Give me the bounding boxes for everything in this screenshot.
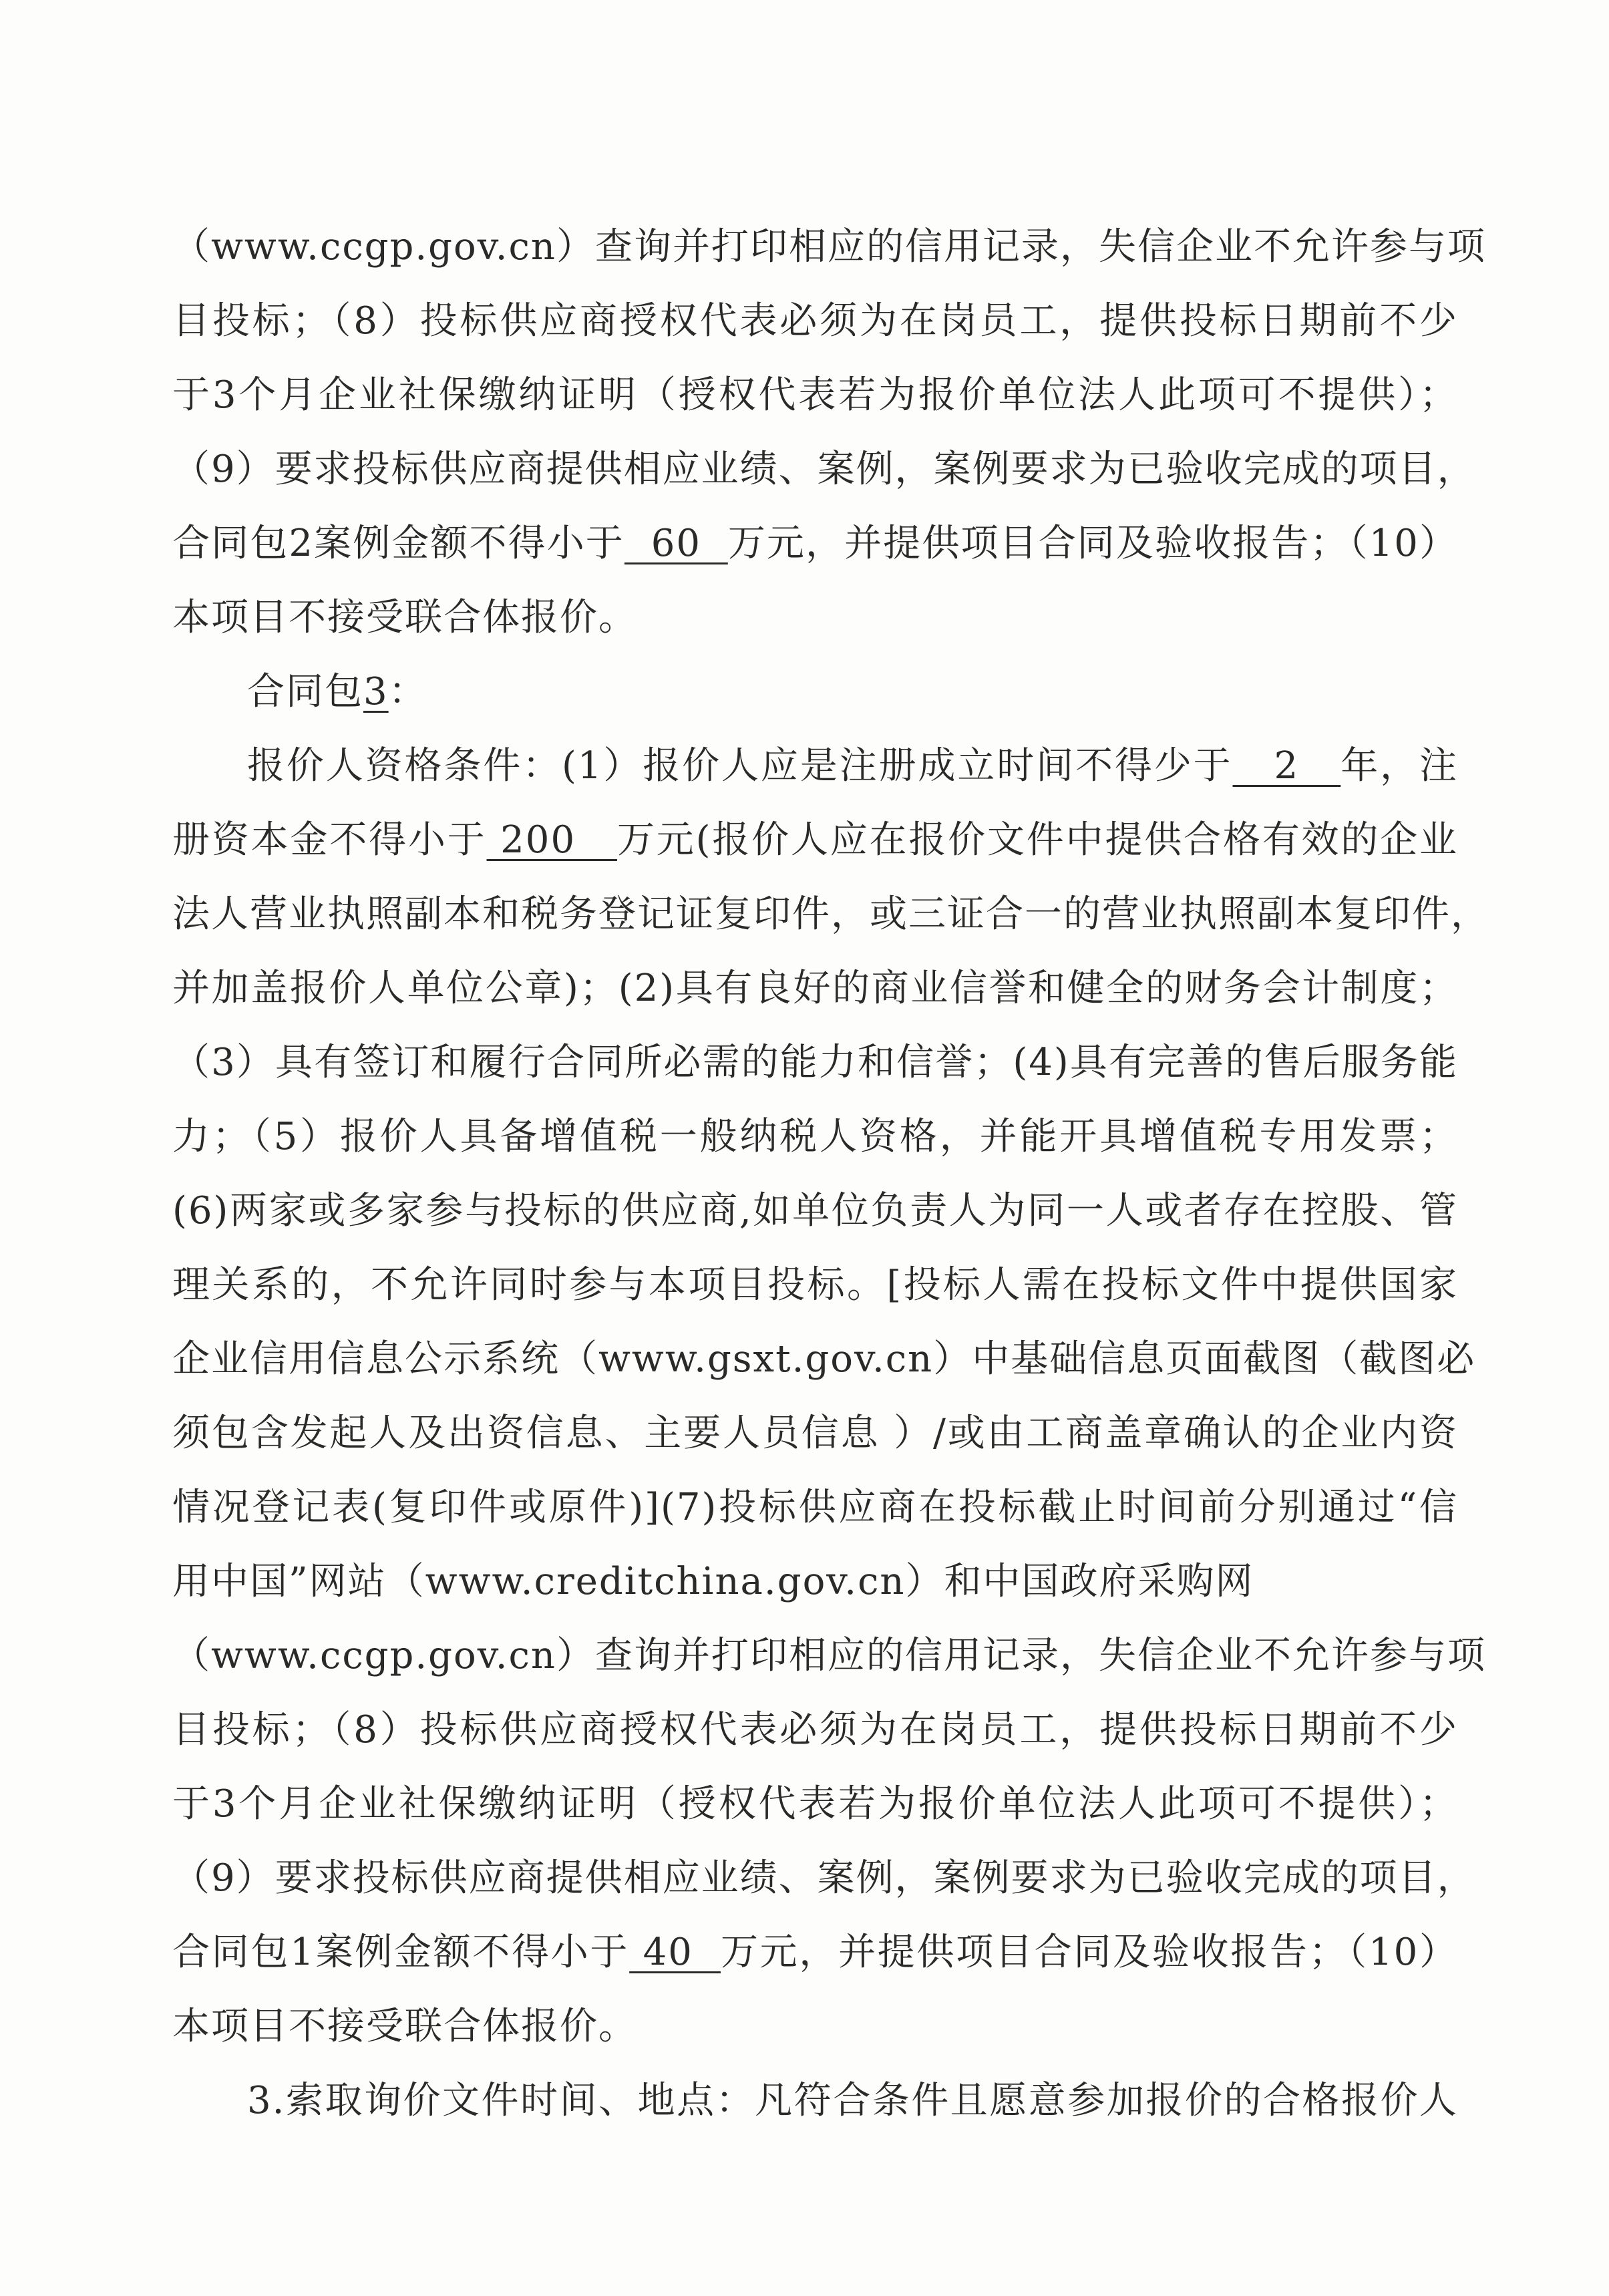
underlined-blank-value: 40 [629, 1931, 721, 1974]
text-segment: 合同包2案例金额不得小于 [172, 522, 624, 565]
text-line: 于3个月企业社保缴纳证明（授权代表若为报价单位法人此项可不提供）； [172, 1778, 1458, 1831]
underlined-contract-number: 3 [363, 670, 389, 713]
text-line: 用中国”网站（www.creditchina.gov.cn）和中国政府采购网 [172, 1555, 1458, 1609]
text-segment: 合同包1案例金额不得小于 [172, 1931, 629, 1974]
text-segment: 报价人资格条件：(1）报价人应是注册成立时间不得少于 [247, 744, 1233, 788]
section-heading-contract-3: 合同包3： [247, 665, 1458, 719]
text-segment: 万元，并提供项目合同及验收报告；（10） [728, 522, 1458, 565]
text-line: 目投标；（8）投标供应商授权代表必须为在岗员工，提供投标日期前不少 [172, 295, 1458, 348]
text-line: 本项目不接受联合体报价。 [172, 591, 1458, 645]
text-line: 目投标；（8）投标供应商授权代表必须为在岗员工，提供投标日期前不少 [172, 1703, 1458, 1757]
text-line: 情况登记表(复印件或原件)](7)投标供应商在投标截止时间前分别通过“信 [172, 1481, 1458, 1534]
document-page: （www.ccgp.gov.cn）查询并打印相应的信用记录，失信企业不允许参与项… [0, 0, 1609, 2296]
text-segment: 万元，并提供项目合同及验收报告；（10） [721, 1931, 1458, 1974]
text-line: 法人营业执照副本和税务登记证复印件，或三证合一的营业执照副本复印件， [172, 888, 1458, 941]
text-line: 理关系的，不允许同时参与本项目投标。[投标人需在投标文件中提供国家 [172, 1259, 1458, 1312]
text-line: 本项目不接受联合体报价。 [172, 2000, 1458, 2054]
text-segment: 万元(报价人应在报价文件中提供合格有效的企业 [617, 818, 1458, 862]
underlined-capital-value: 200 [487, 818, 617, 862]
underlined-blank-value: 60 [624, 522, 728, 565]
text-line: （9）要求投标供应商提供相应业绩、案例，案例要求为已验收完成的项目， [172, 1852, 1458, 1905]
text-line: (6)两家或多家参与投标的供应商,如单位负责人为同一人或者存在控股、管 [172, 1184, 1458, 1238]
text-line: 于3个月企业社保缴纳证明（授权代表若为报价单位法人此项可不提供）； [172, 369, 1458, 422]
text-segment: 合同包 [247, 670, 363, 713]
text-line-capital: 册资本金不得小于 200 万元(报价人应在报价文件中提供合格有效的企业 [172, 814, 1458, 867]
text-line-contract-2-amount: 合同包2案例金额不得小于 60 万元，并提供项目合同及验收报告；（10） [172, 517, 1458, 570]
text-line: 企业信用信息公示系统（www.gsxt.gov.cn）中基础信息页面截图（截图必 [172, 1333, 1458, 1386]
underlined-years-value: 2 [1233, 744, 1341, 788]
text-line-contract-1-amount: 合同包1案例金额不得小于 40 万元，并提供项目合同及验收报告；（10） [172, 1926, 1458, 1979]
text-segment: ： [389, 670, 427, 713]
text-line: （3）具有签订和履行合同所必需的能力和信誉；(4)具有完善的售后服务能 [172, 1036, 1458, 1090]
text-line: （9）要求投标供应商提供相应业绩、案例，案例要求为已验收完成的项目， [172, 443, 1458, 496]
text-line: （www.ccgp.gov.cn）查询并打印相应的信用记录，失信企业不允许参与项 [172, 220, 1458, 274]
text-line: （www.ccgp.gov.cn）查询并打印相应的信用记录，失信企业不允许参与项 [172, 1629, 1458, 1683]
text-line: 力；（5）报价人具备增值税一般纳税人资格，并能开具增值税专用发票； [172, 1110, 1458, 1164]
text-line-qualification: 报价人资格条件：(1）报价人应是注册成立时间不得少于 2 年，注 [247, 740, 1458, 793]
text-line: 须包含发起人及出资信息、主要人员信息 ）/或由工商盖章确认的企业内资 [172, 1407, 1458, 1460]
text-line: 并加盖报价人单位公章)；(2)具有良好的商业信誉和健全的财务会计制度； [172, 962, 1458, 1015]
text-segment: 册资本金不得小于 [172, 818, 487, 862]
section-heading-item-3: 3.索取询价文件时间、地点：凡符合条件且愿意参加报价的合格报价人 [247, 2074, 1458, 2128]
text-segment: 年，注 [1340, 744, 1458, 788]
